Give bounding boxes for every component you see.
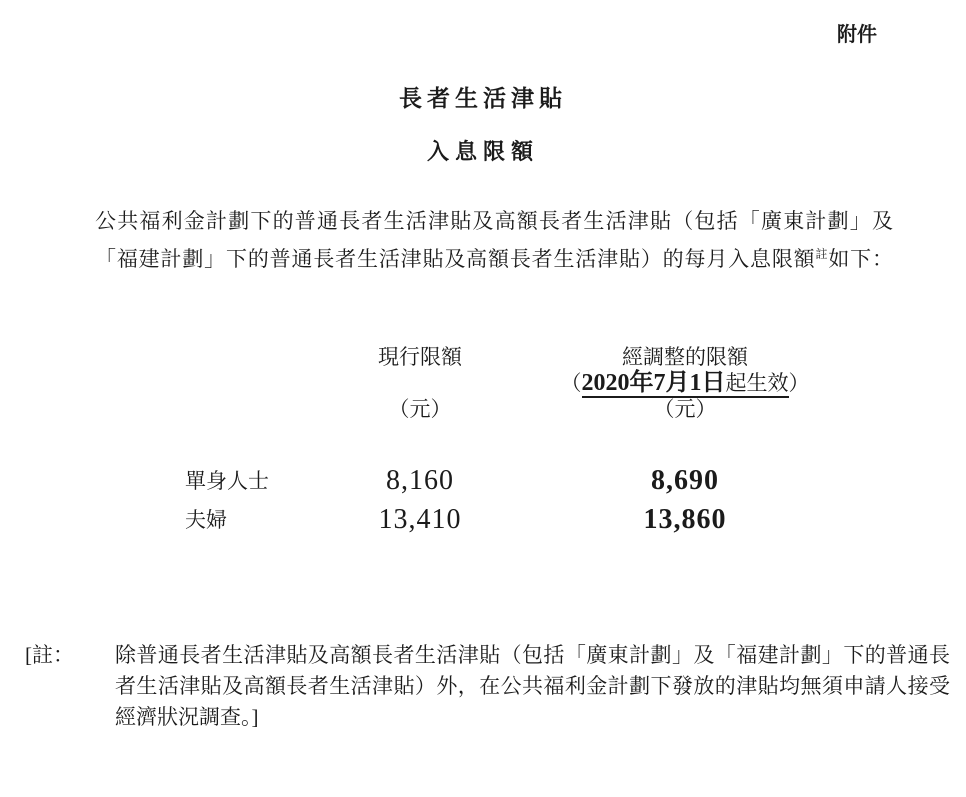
header-empty-cell	[185, 344, 310, 422]
single-current-value: 8,160	[386, 465, 454, 496]
page-subtitle: 入息限額	[25, 138, 941, 166]
footnote-line-1: 除普通長者生活津貼及高額長者生活津貼（包括「廣東計劃」及「福建計劃」下的普通長	[115, 640, 950, 671]
footnote-marker: [註：	[25, 640, 115, 733]
footnote-body: 除普通長者生活津貼及高額長者生活津貼（包括「廣東計劃」及「福建計劃」下的普通長 …	[115, 640, 950, 733]
footnote: [註： 除普通長者生活津貼及高額長者生活津貼（包括「廣東計劃」及「福建計劃」下的…	[25, 640, 966, 733]
table-cell: 13,410	[310, 501, 530, 540]
couple-adjusted-value: 13,860	[644, 504, 727, 535]
intro-line-2-tail: 如下：	[828, 247, 893, 271]
couple-current-value: 13,410	[379, 504, 462, 535]
effective-date-open-paren: （	[561, 371, 582, 395]
effective-date-close-paren: ）	[789, 371, 810, 395]
table-header-gap	[185, 422, 840, 462]
table-cell: 8,160	[310, 462, 530, 501]
row-label-couple: 夫婦	[185, 501, 310, 540]
attachment-label: 附件	[25, 22, 877, 48]
page-title: 長者生活津貼	[25, 85, 941, 113]
single-adjusted-value: 8,690	[651, 465, 719, 496]
table-cell: 13,860	[530, 501, 840, 540]
adjusted-limit-header-cell: 經調整的限額 （2020年7月1日起生效） （元）	[530, 344, 840, 422]
current-limit-header-cell: 現行限額 （元）	[310, 344, 530, 422]
intro-paragraph: 公共福利金計劃下的普通長者生活津貼及高額長者生活津貼（包括「廣東計劃」及 「福建…	[95, 202, 893, 278]
header-spacer	[310, 370, 530, 396]
document-page: 附件 長者生活津貼 入息限額 公共福利金計劃下的普通長者生活津貼及高額長者生活津…	[0, 0, 966, 797]
effective-date-line: （2020年7月1日起生效）	[530, 370, 840, 396]
table-cell: 8,690	[530, 462, 840, 501]
footnote-line-2: 者生活津貼及高額長者生活津貼）外，在公共福利金計劃下發放的津貼均無須申請人接受	[115, 671, 950, 702]
effective-date-bold: 2020年7月1日	[582, 370, 726, 396]
intro-line-1: 公共福利金計劃下的普通長者生活津貼及高額長者生活津貼（包括「廣東計劃」及	[95, 202, 893, 240]
current-limit-header: 現行限額	[310, 344, 530, 370]
intro-line-2: 「福建計劃」下的普通長者生活津貼及高額長者生活津貼）的每月入息限額註如下：	[95, 240, 893, 278]
row-label-single: 單身人士	[185, 462, 310, 501]
footnote-line-3: 經濟狀況調查。]	[115, 702, 950, 733]
effective-date-underlined: 2020年7月1日起生效	[582, 371, 789, 398]
intro-line-2-text: 「福建計劃」下的普通長者生活津貼及高額長者生活津貼）的每月入息限額	[95, 247, 815, 271]
current-limit-unit: （元）	[310, 396, 530, 422]
adjusted-limit-header: 經調整的限額	[530, 344, 840, 370]
footnote-reference: 註	[815, 247, 828, 261]
income-limits-table: 現行限額 （元） 經調整的限額 （2020年7月1日起生效） （元） 單身人士 …	[185, 344, 966, 540]
adjusted-limit-unit: （元）	[530, 396, 840, 422]
effective-date-rest: 起生效	[726, 371, 789, 395]
